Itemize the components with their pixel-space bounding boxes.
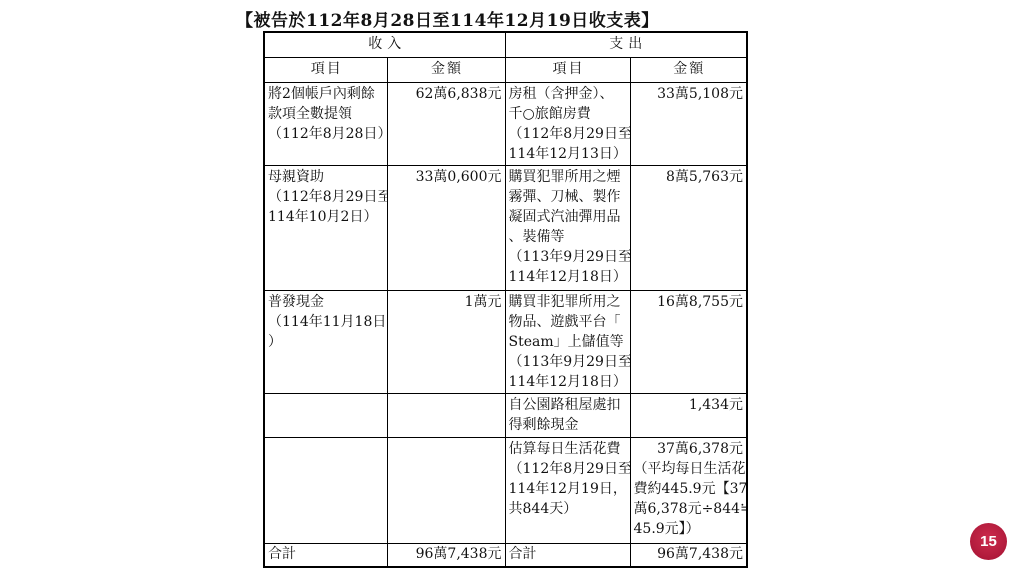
table-header-groups: 收入 支出 (264, 32, 747, 57)
table-row: 普發現金 （114年11月18日 ） 1萬元 購買非犯罪所用之 物品、遊戲平台「… (264, 290, 747, 393)
expense-total-amount: 96萬7,438元 (630, 543, 747, 567)
table-row: 自公園路租屋處扣 得剩餘現金 1,434元 (264, 393, 747, 437)
expense-item: 購買非犯罪所用之 物品、遊戲平台「 Steam」上儲值等 （113年9月29日至… (509, 292, 627, 392)
expense-item: 房租（含押金）、 千○旅館房費 （112年8月29日至 114年12月13日） (509, 84, 627, 164)
income-amount: 33萬0,600元 (391, 167, 502, 187)
expense-amount-note: （平均每日生活花 費約445.9元【37 萬6,378元÷844≒4 45.9元… (634, 459, 744, 539)
table-header-columns: 項目 金額 項目 金額 (264, 57, 747, 82)
header-income-item: 項目 (264, 57, 387, 82)
income-item: 將2個帳戶內剩餘 款項全數提領 （112年8月28日） (268, 84, 384, 144)
expense-amount: 16萬8,755元 (634, 292, 744, 312)
header-expense: 支出 (505, 32, 747, 57)
table-row: 將2個帳戶內剩餘 款項全數提領 （112年8月28日） 62萬6,838元 房租… (264, 82, 747, 165)
expense-amount: 1,434元 (634, 395, 744, 415)
table-row: 母親資助 （112年8月29日至 114年10月2日） 33萬0,600元 購買… (264, 165, 747, 290)
income-total-label: 合計 (264, 543, 387, 567)
table-total-row: 合計 96萬7,438元 合計 96萬7,438元 (264, 543, 747, 567)
expense-amount: 33萬5,108元 (634, 84, 744, 104)
income-expense-table: 收入 支出 項目 金額 項目 金額 將2個帳戶內剩餘 款項全數提領 （112年8… (263, 31, 748, 568)
header-expense-amount: 金額 (630, 57, 747, 82)
expense-total-label: 合計 (505, 543, 630, 567)
income-total-amount: 96萬7,438元 (387, 543, 505, 567)
page-number: 15 (980, 533, 997, 550)
table-row: 估算每日生活花費 （112年8月29日至 114年12月19日， 共844天） … (264, 437, 747, 543)
header-income-amount: 金額 (387, 57, 505, 82)
income-amount: 1萬元 (391, 292, 502, 312)
income-item: 母親資助 （112年8月29日至 114年10月2日） (268, 167, 384, 227)
income-amount: 62萬6,838元 (391, 84, 502, 104)
header-expense-item: 項目 (505, 57, 630, 82)
expense-item: 自公園路租屋處扣 得剩餘現金 (509, 395, 627, 435)
income-item: 普發現金 （114年11月18日 ） (268, 292, 384, 352)
page-title: 【被告於112年8月28日至114年12月19日收支表】 (236, 6, 659, 31)
expense-item: 估算每日生活花費 （112年8月29日至 114年12月19日， 共844天） (509, 439, 627, 519)
expense-amount: 37萬6,378元 (634, 439, 744, 459)
page-number-badge: 15 (970, 523, 1007, 560)
header-income: 收入 (264, 32, 505, 57)
expense-item: 購買犯罪所用之煙 霧彈、刀械、製作 凝固式汽油彈用品 、裝備等 （113年9月2… (509, 167, 627, 287)
expense-amount: 8萬5,763元 (634, 167, 744, 187)
slide-page: 【被告於112年8月28日至114年12月19日收支表】 收入 支出 項目 金額… (0, 0, 1024, 575)
